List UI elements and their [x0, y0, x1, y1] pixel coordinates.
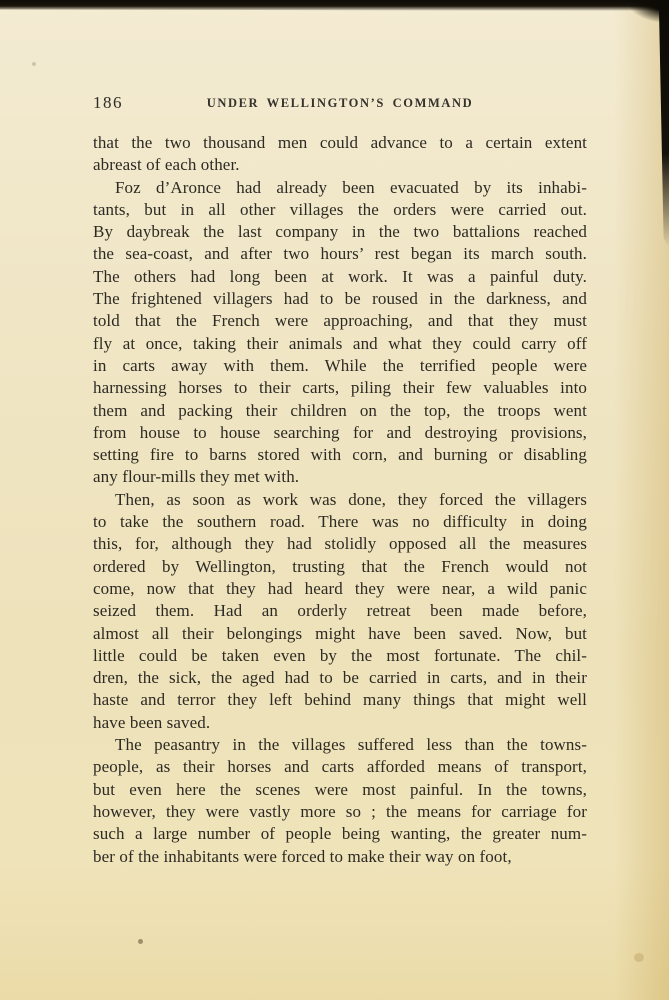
text-line: Then, as soon as work was done, they for…	[93, 489, 587, 511]
text-line: The frightened villagers had to be rouse…	[93, 288, 587, 310]
photo-edge-top	[0, 0, 669, 11]
text-line: people, as their horses and carts afford…	[93, 756, 587, 778]
text-line: abreast of each other.	[93, 154, 587, 176]
text-line: them and packing their children on the t…	[93, 400, 587, 422]
text-line: to take the southern road. There was no …	[93, 511, 587, 533]
text-line: The others had long been at work. It was…	[93, 266, 587, 288]
photo-edge-right	[657, 0, 669, 248]
text-line: but even here the scenes were most painf…	[93, 779, 587, 801]
text-line: harnessing horses to their carts, piling…	[93, 377, 587, 399]
text-line: in carts away with them. While the terri…	[93, 355, 587, 377]
text-line: such a large number of people being want…	[93, 823, 587, 845]
text-line: dren, the sick, the aged had to be carri…	[93, 667, 587, 689]
text-line: ber of the inhabitants were forced to ma…	[93, 846, 587, 868]
text-line: the sea-coast, and after two hours’ rest…	[93, 243, 587, 265]
text-line: that the two thousand men could advance …	[93, 132, 587, 154]
text-line: haste and terror they left behind many t…	[93, 689, 587, 711]
text-line: have been saved.	[93, 712, 587, 734]
paper-speck	[32, 62, 36, 66]
text-line: from house to house searching for and de…	[93, 422, 587, 444]
text-line: this, for, although they had stolidly op…	[93, 533, 587, 555]
text-line: ordered by Wellington, trusting that the…	[93, 556, 587, 578]
text-line: almost all their belongings might have b…	[93, 623, 587, 645]
text-line: seized them. Had an orderly retreat been…	[93, 600, 587, 622]
text-line: By daybreak the last company in the two …	[93, 221, 587, 243]
text-block: that the two thousand men could advance …	[93, 132, 587, 868]
text-line: setting fire to barns stored with corn, …	[93, 444, 587, 466]
text-line: fly at once, taking their animals and wh…	[93, 333, 587, 355]
text-line: however, they were vastly more so ; the …	[93, 801, 587, 823]
running-header: UNDER WELLINGTON’S COMMAND	[93, 96, 587, 111]
paper-speck	[634, 953, 644, 962]
photo-edge-corner	[629, 0, 669, 22]
book-page-scan: 186 UNDER WELLINGTON’S COMMAND that the …	[0, 0, 669, 1000]
page-header: 186 UNDER WELLINGTON’S COMMAND	[93, 93, 587, 113]
text-line: The peasantry in the villages suffered l…	[93, 734, 587, 756]
text-line: told that the French were approaching, a…	[93, 310, 587, 332]
paper-speck	[138, 939, 143, 944]
text-line: come, now that they had heard they were …	[93, 578, 587, 600]
text-line: tants, but in all other villages the ord…	[93, 199, 587, 221]
text-line: any flour-mills they met with.	[93, 466, 587, 488]
text-line: Foz d’Aronce had already been evacuated …	[93, 177, 587, 199]
text-line: little could be taken even by the most f…	[93, 645, 587, 667]
